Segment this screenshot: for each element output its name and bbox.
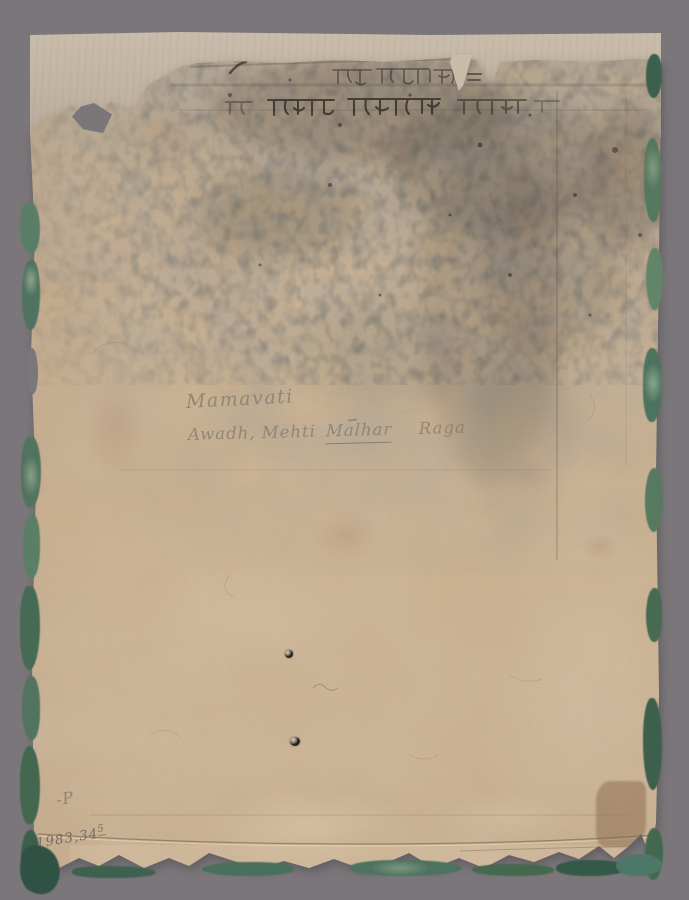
collection-mark: -P — [54, 788, 75, 810]
green-patch — [23, 514, 40, 578]
attribution-prefix: Awadh, Mehti — [188, 422, 316, 444]
green-backing-bottom — [50, 840, 662, 878]
folio-paper: Mamavati Awadh, Mehti Malhar Raga -P 198… — [30, 55, 661, 873]
green-patch — [21, 436, 41, 508]
green-patch — [616, 854, 662, 876]
attribution-underlined-word: Malhar — [326, 420, 393, 445]
green-backing-left — [20, 198, 42, 893]
pinhole-upper — [285, 650, 293, 658]
green-patch — [350, 860, 462, 876]
green-backing-right — [640, 52, 666, 884]
green-patch — [72, 866, 156, 878]
green-patch — [646, 54, 662, 98]
attribution-suffix: Raga — [419, 418, 467, 438]
green-patch — [20, 746, 40, 824]
green-patch — [22, 260, 40, 330]
devanagari-inscription — [30, 55, 661, 185]
green-patch — [643, 348, 662, 422]
green-patch — [646, 248, 663, 310]
green-patch — [643, 698, 662, 790]
green-patch — [20, 586, 40, 670]
green-patch — [202, 862, 294, 876]
green-patch — [644, 138, 662, 222]
green-patch — [646, 588, 662, 642]
photo-background: Mamavati Awadh, Mehti Malhar Raga -P 198… — [0, 0, 689, 900]
pinhole-lower — [290, 737, 300, 746]
folio-paper-wrap: Mamavati Awadh, Mehti Malhar Raga -P 198… — [30, 55, 661, 873]
adhesive-patch — [596, 781, 646, 847]
green-patch — [22, 676, 40, 740]
green-patch — [645, 468, 663, 532]
green-patch — [20, 202, 40, 254]
green-patch — [472, 864, 554, 876]
